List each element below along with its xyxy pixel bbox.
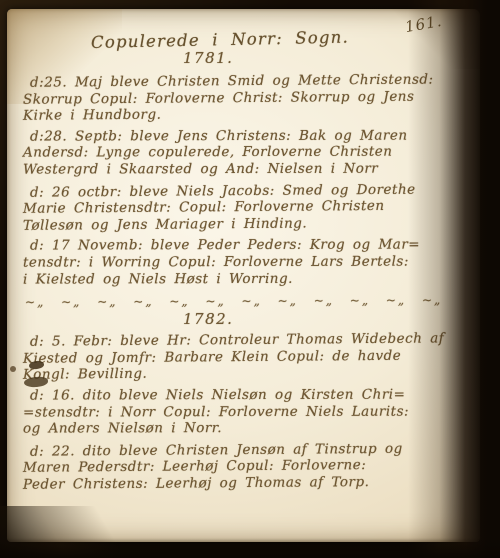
- entry-line: tensdtr: i Worring Copul: Forloverne Lar…: [23, 253, 468, 271]
- marriage-entry-1781-2: d:28. Septb: bleve Jens Christens: Bak o…: [23, 128, 468, 178]
- entry-line: =stensdtr: i Norr Copul: Forloverne Niel…: [23, 403, 468, 421]
- entry-line: d: 16. dito bleve Niels Nielsøn og Kirst…: [23, 386, 468, 404]
- marriage-entry-1782-3: d: 22. dito bleve Christen Jensøn af Tin…: [23, 442, 468, 492]
- marriage-entry-1781-3: d: 26 octbr: bleve Niels Jacobs: Smed og…: [23, 183, 468, 233]
- marriage-entry-1782-2: d: 16. dito bleve Niels Nielsøn og Kirst…: [23, 387, 468, 437]
- section-separator: ~„ ~„ ~„ ~„ ~„ ~„ ~„ ~„ ~„ ~„ ~„ ~„: [25, 293, 468, 309]
- entry-line: d:28. Septb: bleve Jens Christens: Bak o…: [23, 127, 468, 145]
- entry-line: Kirke i Hundborg.: [23, 104, 468, 124]
- marriage-entry-1782-1: d: 5. Febr: bleve Hr: Controleur Thomas …: [23, 332, 468, 382]
- entry-line: d: 17 Novemb: bleve Peder Peders: Krog o…: [23, 237, 468, 255]
- ink-blot: [10, 366, 16, 372]
- entry-line: og Anders Nielsøn i Norr.: [23, 420, 468, 438]
- entry-line: Peder Christens: Leerhøj og Thomas af To…: [23, 473, 468, 493]
- register-content: Copulerede i Norr: Sogn. 1781. d:25. Maj…: [23, 21, 468, 496]
- entry-line: Tøllesøn og Jens Mariager i Hinding.: [23, 214, 468, 234]
- register-title: Copulerede i Norr: Sogn.: [91, 25, 468, 52]
- entry-line: Kongl: Bevilling.: [23, 364, 468, 384]
- scanned-page: 161. Copulerede i Norr: Sogn. 1781. d:25…: [0, 0, 500, 558]
- entry-line: Westergrd i Skaarsted og And: Nielsen i …: [23, 160, 468, 178]
- entry-line: Andersd: Lynge copulerede, Forloverne Ch…: [23, 144, 468, 162]
- year-heading-1782: 1782.: [183, 310, 468, 328]
- marriage-entry-1781-1: d:25. Maj bleve Christen Smid og Mette C…: [23, 73, 468, 123]
- entry-line: i Kielsted og Niels Høst i Worring.: [23, 270, 468, 288]
- year-heading-1781: 1781.: [183, 49, 468, 67]
- paper: 161. Copulerede i Norr: Sogn. 1781. d:25…: [7, 9, 480, 542]
- marriage-entry-1781-4: d: 17 Novemb: bleve Peder Peders: Krog o…: [23, 237, 468, 287]
